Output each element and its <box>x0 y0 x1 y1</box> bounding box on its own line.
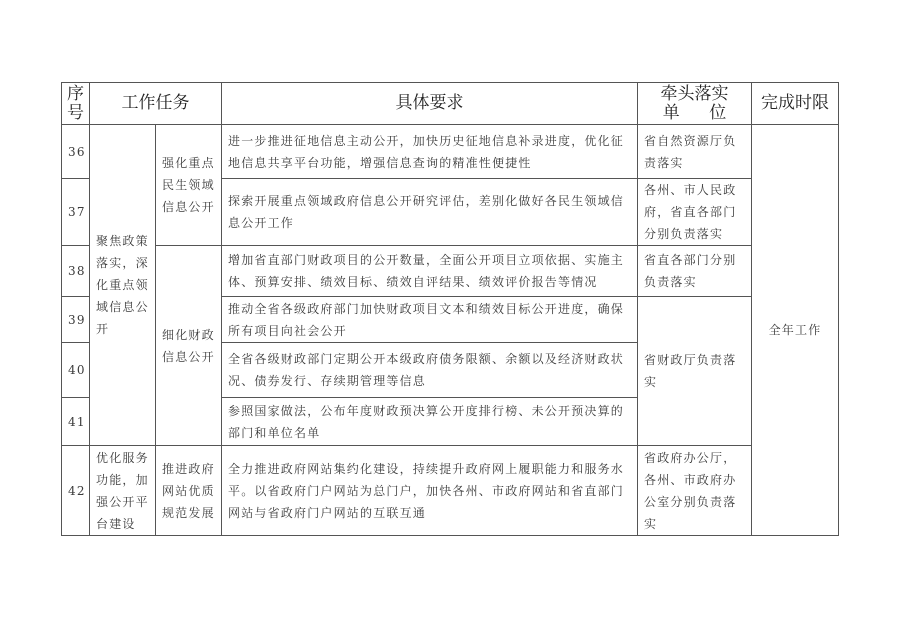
header-unit-line2: 单 位 <box>640 104 749 123</box>
unit-cell: 省政府办公厅，各州、市政府办公室分别负责落实 <box>638 446 752 536</box>
row-seq: 40 <box>62 343 90 398</box>
unit-cell: 省财政厅负责落实 <box>638 297 752 446</box>
table-row: 38 细化财政信息公开 增加省直部门财政项目的公开数量，全面公开项目立项依据、实… <box>62 246 839 297</box>
subtask-category: 强化重点民生领域信息公开 <box>156 125 222 246</box>
header-deadline: 完成时限 <box>752 83 839 125</box>
work-plan-table: 序号 工作任务 具体要求 牵头落实 单 位 完成时限 36 聚焦政策落实，深化重… <box>61 82 839 536</box>
requirement-cell: 增加省直部门财政项目的公开数量，全面公开项目立项依据、实施主体、预算安排、绩效目… <box>222 246 638 297</box>
row-seq: 36 <box>62 125 90 179</box>
row-seq: 41 <box>62 398 90 446</box>
header-task: 工作任务 <box>90 83 222 125</box>
requirement-cell: 全省各级财政部门定期公开本级政府债务限额、余额以及经济财政状况、债券发行、存续期… <box>222 343 638 398</box>
subtask-category: 推进政府网站优质规范发展 <box>156 446 222 536</box>
table-row: 42 优化服务功能，加强公开平台建设 推进政府网站优质规范发展 全力推进政府网站… <box>62 446 839 536</box>
task-category: 优化服务功能，加强公开平台建设 <box>90 446 156 536</box>
row-seq: 37 <box>62 179 90 246</box>
table-header-row: 序号 工作任务 具体要求 牵头落实 单 位 完成时限 <box>62 83 839 125</box>
requirement-cell: 探索开展重点领域政府信息公开研究评估，差别化做好各民生领域信息公开工作 <box>222 179 638 246</box>
header-requirement: 具体要求 <box>222 83 638 125</box>
task-category: 聚焦政策落实，深化重点领域信息公开 <box>90 125 156 446</box>
requirement-cell: 全力推进政府网站集约化建设，持续提升政府网上履职能力和服务水平。以省政府门户网站… <box>222 446 638 536</box>
requirement-cell: 进一步推进征地信息主动公开，加快历史征地信息补录进度，优化征地信息共享平台功能，… <box>222 125 638 179</box>
header-unit-line1: 牵头落实 <box>640 85 749 104</box>
header-unit: 牵头落实 单 位 <box>638 83 752 125</box>
unit-cell: 省直各部门分别负责落实 <box>638 246 752 297</box>
table-row: 36 聚焦政策落实，深化重点领域信息公开 强化重点民生领域信息公开 进一步推进征… <box>62 125 839 179</box>
row-seq: 39 <box>62 297 90 343</box>
row-seq: 42 <box>62 446 90 536</box>
row-seq: 38 <box>62 246 90 297</box>
header-seq: 序号 <box>62 83 90 125</box>
requirement-cell: 推动全省各级政府部门加快财政项目文本和绩效目标公开进度，确保所有项目向社会公开 <box>222 297 638 343</box>
unit-cell: 各州、市人民政府，省直各部门分别负责落实 <box>638 179 752 246</box>
deadline-cell: 全年工作 <box>752 125 839 536</box>
unit-cell: 省自然资源厅负责落实 <box>638 125 752 179</box>
subtask-category: 细化财政信息公开 <box>156 246 222 446</box>
requirement-cell: 参照国家做法，公布年度财政预决算公开度排行榜、未公开预决算的部门和单位名单 <box>222 398 638 446</box>
